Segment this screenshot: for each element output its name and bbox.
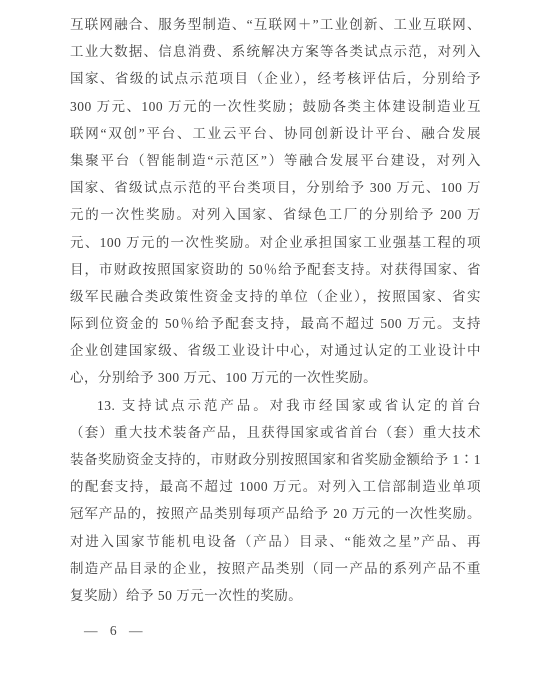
text-line: 元、100 万元的一次性奖励。对企业承担国家工业强基工程的项	[70, 229, 481, 256]
text-line: 级军民融合类政策性资金支持的单位（企业），按照国家、省实	[70, 283, 481, 310]
text-line: 国家、省级的试点示范项目（企业），经考核评估后，分别给予	[70, 65, 481, 92]
text-line: 冠军产品的，按照产品类别每项产品给予 20 万元的一次性奖励。	[70, 500, 481, 527]
text-line: 互联网融合、服务型制造、“互联网＋”工业创新、工业互联网、	[70, 11, 481, 38]
text-line: 元的一次性奖励。对列入国家、省绿色工厂的分别给予 200 万	[70, 201, 481, 228]
text-block: 互联网融合、服务型制造、“互联网＋”工业创新、工业互联网、 工业大数据、信息消费…	[70, 11, 481, 609]
text-line: 工业大数据、信息消费、系统解决方案等各类试点示范，对列入	[70, 38, 481, 65]
page-number: — 6 —	[84, 622, 144, 640]
text-line: （套）重大技术装备产品，且获得国家或省首台（套）重大技术	[70, 419, 481, 446]
text-line: 装备奖励资金支持的，市财政分别按照国家和省奖励金额给予 1∶1	[70, 446, 481, 473]
text-line: 心，分别给予 300 万元、100 万元的一次性奖励。	[70, 364, 481, 391]
text-line: 对进入国家节能机电设备（产品）目录、“能效之星”产品、再	[70, 528, 481, 555]
text-line: 联网“双创”平台、工业云平台、协同创新设计平台、融合发展	[70, 120, 481, 147]
text-line: 企业创建国家级、省级工业设计中心，对通过认定的工业设计中	[70, 337, 481, 364]
text-line: 300 万元、100 万元的一次性奖励；鼓励各类主体建设制造业互	[70, 93, 481, 120]
document-page: 互联网融合、服务型制造、“互联网＋”工业创新、工业互联网、 工业大数据、信息消费…	[0, 0, 550, 700]
text-line: 的配套支持，最高不超过 1000 万元。对列入工信部制造业单项	[70, 473, 481, 500]
text-line: 国家、省级试点示范的平台类项目，分别给予 300 万元、100 万	[70, 174, 481, 201]
text-line: 目，市财政按照国家资助的 50％给予配套支持。对获得国家、省	[70, 256, 481, 283]
text-line-paragraph-start: 13. 支持试点示范产品。对我市经国家或省认定的首台	[70, 392, 481, 419]
text-line: 集聚平台（智能制造“示范区”）等融合发展平台建设，对列入	[70, 147, 481, 174]
text-line: 复奖励）给予 50 万元一次性的奖励。	[70, 582, 481, 609]
text-line: 制造产品目录的企业，按照产品类别（同一产品的系列产品不重	[70, 555, 481, 582]
text-line: 际到位资金的 50％给予配套支持，最高不超过 500 万元。支持	[70, 310, 481, 337]
